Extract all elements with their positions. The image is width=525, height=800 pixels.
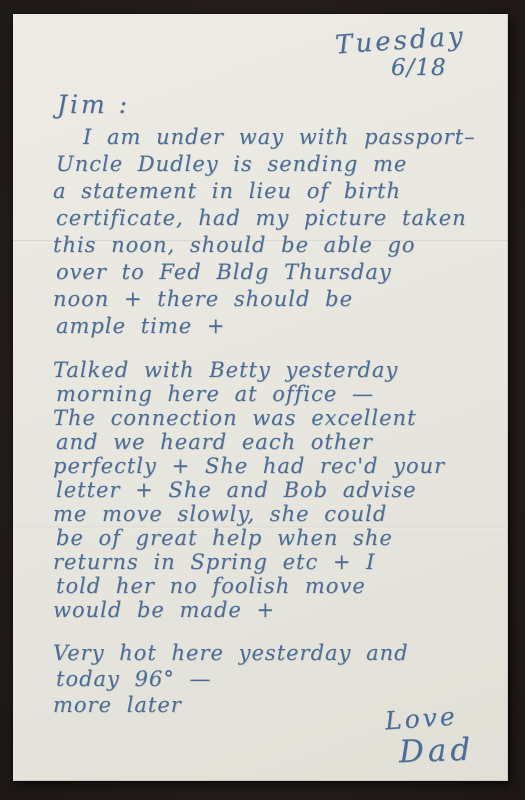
paragraph-2: Talked with Betty yesterday morning here…: [53, 358, 445, 622]
paragraph-3: Very hot here yesterday and today 96° — …: [53, 640, 409, 718]
letter-line: morning here at office —: [56, 382, 448, 406]
letter-line: Very hot here yesterday and: [53, 640, 409, 666]
letter-line: and we heard each other: [56, 430, 448, 454]
letter-line: today 96° —: [56, 666, 412, 692]
letter-line: this noon, should be able go: [53, 232, 476, 259]
letter-line: me move slowly, she could: [53, 502, 445, 526]
letter-line: The connection was excellent: [53, 406, 445, 430]
letter-line: returns in Spring etc + I: [53, 550, 445, 574]
date-block: Tuesday 6/18: [335, 22, 469, 88]
signature: Dad: [398, 732, 474, 771]
salutation: Jim :: [57, 90, 130, 119]
letter-line: certificate, had my picture taken: [56, 205, 479, 232]
letter-paper: Tuesday 6/18 Jim : I am under way with p…: [13, 14, 508, 781]
letter-line: would be made +: [53, 598, 445, 622]
letter-line: letter + She and Bob advise: [56, 478, 448, 502]
letter-line: perfectly + She had rec'd your: [53, 454, 445, 478]
letter-line: noon + there should be: [53, 286, 476, 313]
closing: Love: [384, 702, 458, 736]
letter-line: be of great help when she: [56, 526, 448, 550]
letter-line: Talked with Betty yesterday: [53, 358, 445, 382]
letter-line: Uncle Dudley is sending me: [56, 151, 479, 178]
photo-background: Tuesday 6/18 Jim : I am under way with p…: [0, 0, 525, 800]
letter-line: I am under way with passport–: [83, 124, 476, 151]
letter-line: a statement in lieu of birth: [53, 178, 476, 205]
letter-line: over to Fed Bldg Thursday: [56, 259, 479, 286]
letter-line: more later: [53, 692, 409, 718]
letter-line: told her no foolish move: [56, 574, 448, 598]
date-numeric: 6/18: [391, 55, 468, 81]
paragraph-1: I am under way with passport– Uncle Dudl…: [53, 124, 476, 340]
letter-line: ample time +: [56, 313, 479, 340]
